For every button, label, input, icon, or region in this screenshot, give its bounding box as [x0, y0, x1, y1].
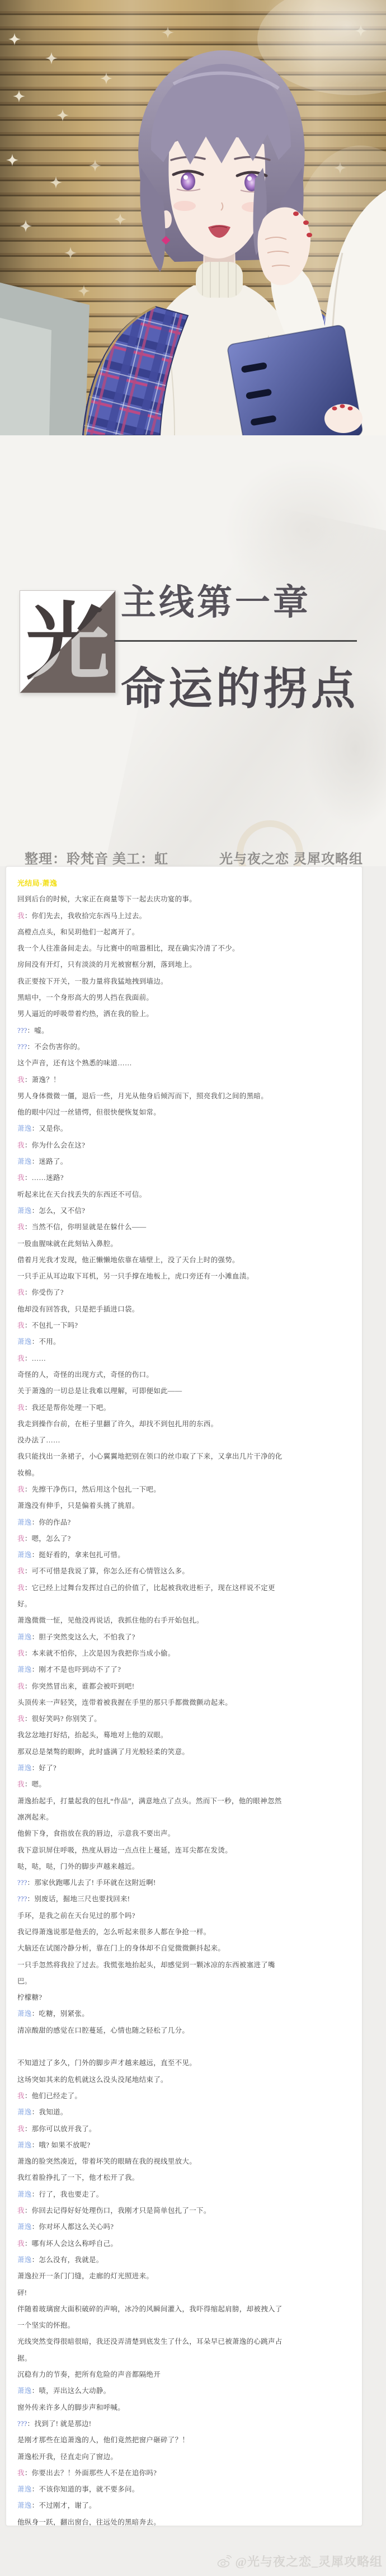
dialogue-line: 萧逸：不过刚才，谢了。: [17, 2498, 285, 2514]
speaker-name: ???: [17, 1879, 27, 1887]
speaker-name: 萧逸: [17, 1338, 32, 1346]
dialogue-line: 他却没有回答我，只是把手插进口袋。: [17, 1301, 285, 1318]
dialogue-line: ???：找到了! 就是那边!: [17, 2416, 285, 2432]
dialogue-line: ???：那家伙跑哪儿去了! 手环就在这附近啊!: [17, 1875, 285, 1891]
speaker-name: 我: [17, 1322, 25, 1329]
dialogue-line: 我：你突然冒出来，谁都会被吓到吧!: [17, 1679, 285, 1695]
dialogue-line: 萧逸没有伸手，只是偏着头挑了挑眉。: [17, 1498, 285, 1514]
dialogue-line: 我：不包扎一下吗?: [17, 1318, 285, 1334]
chapter-heading: 主线第一章: [121, 574, 311, 625]
speaker-name: 萧逸: [17, 2387, 32, 2395]
dialogue-line: 萧逸：挺好看的，拿来包扎可惜。: [17, 1547, 285, 1563]
dialogue-line: 我：你要出去？！外面那些人不是在追你吗?: [17, 2465, 285, 2481]
dialogue-line: 柠檬糖?: [17, 1990, 285, 2006]
dialogue-line: 是刚才那些在追萧逸的人，他们竟然把窗户砸碎了？！: [17, 2432, 285, 2448]
dialogue-line: 我红着脸挣扎了一下，他才松开了我。: [17, 2170, 285, 2186]
dialogue-line: [17, 2039, 285, 2055]
dialogue-line: 我：哪有坏人会这么称呼自己。: [17, 2236, 285, 2252]
weibo-icon: [216, 2555, 232, 2568]
dialogue-line: 我忿忿地打好结，抬起头，蓦地对上他的双眼。: [17, 1727, 285, 1743]
credits-editors: 整理：聆梵音 美工：虹: [25, 848, 168, 866]
dialogue-line: 他的眼中闪过一丝错愕，但很快便恢复如常。: [17, 1104, 285, 1121]
dialogue-line: ???：别废话，掘地三尺也要找回来!: [17, 1891, 285, 1907]
dialogue-line: 萧逸的脸突然凑近，带着坏笑的眼睛在我的视线里放大。: [17, 2154, 285, 2170]
speaker-name: 萧逸: [17, 2010, 32, 2018]
dialogue-line: 萧逸：又是你。: [17, 1121, 285, 1137]
dialogue-line: 萧逸微微一怔，见他没再说话，我抓住他的右手开始包扎。: [17, 1613, 285, 1629]
transcript: 光结局-萧逸 回到后台的时候，大家正在商量等下一起去庆功宴的事。我：你们先去，我…: [6, 867, 362, 2526]
speaker-name: 萧逸: [17, 1158, 32, 1165]
dialogue-line: 萧逸：不用。: [17, 1334, 285, 1350]
speaker-name: ???: [17, 2420, 27, 2428]
dialogue-line: 光线突然变得很暗很暗，我还没弄清楚到底发生了什么，耳朵早已被萧逸的心跳声占据。: [17, 2334, 285, 2367]
dialogue-line: 萧逸松开我，径直走向了窗边。: [17, 2449, 285, 2465]
speaker-name: 我: [17, 1223, 25, 1231]
dialogue-line: 回到后台的时候，大家正在商量等下一起去庆功宴的事。: [17, 891, 285, 908]
dialogue-line: 萧逸：不该你知道的事，就不要多问。: [17, 2481, 285, 2498]
dialogue-line: 萧逸：吃糖，别紧张。: [17, 2006, 285, 2022]
speaker-name: 我: [17, 1715, 25, 1723]
dialogue-line: 萧逸：你的作品?: [17, 1515, 285, 1531]
dialogue-line: 萧逸：迷路了。: [17, 1154, 285, 1170]
dialogue-line: 萧逸：怎么，又不信?: [17, 1203, 285, 1219]
speaker-name: 萧逸: [17, 2223, 32, 2231]
dialogue-line: 手环，是我之前在天台见过的那个吗?: [17, 1908, 285, 1924]
dialogue-line: 萧逸：怎么没有，我就是。: [17, 2252, 285, 2268]
dialogue-line: 萧逸抬起手，打量起我的包扎“作品”，满意地点了点头。然而下一秒，他的眼神忽然凛冽…: [17, 1793, 285, 1826]
dialogue-line: 高橙点点头，和吴玥他们一起离开了。: [17, 924, 285, 941]
speaker-name: 我: [17, 1141, 25, 1149]
speaker-name: 萧逸: [17, 1764, 32, 1772]
dialogue-line: 他纵身一跃，翻出窗台，往远处的黑暗奔去。: [17, 2514, 285, 2526]
transcript-card: 光结局-萧逸 回到后台的时候，大家正在商量等下一起去庆功宴的事。我：你们先去，我…: [6, 866, 363, 2526]
dialogue-line: 我：嗯，怎么了?: [17, 1531, 285, 1547]
speaker-name: 萧逸: [17, 2190, 32, 2198]
dialogue-line: 没办法了……: [17, 1432, 285, 1449]
dialogue-line: 我：很好笑吗? 你别笑了。: [17, 1711, 285, 1727]
dialogue-line: 一只手正从耳边取下耳机，另一只手撑在地板上，虎口旁还有一小滩血渍。: [17, 1268, 285, 1285]
speaker-name: 我: [17, 1174, 25, 1182]
speaker-name: 我: [17, 2092, 25, 2100]
dialogue-line: 大脑还在试图冷静分析，靠在门上的身体却不自觉微微颤抖起来。: [17, 1940, 285, 1957]
dialogue-line: 我只能找出一条裙子，小心翼翼地把别在领口的丝巾取了下来，又拿出几片干净的化妆棉。: [17, 1449, 285, 1482]
character-portrait-art: [0, 0, 386, 435]
dialogue-line: 我：那你可以放开我了。: [17, 2121, 285, 2137]
dialogue-line: 我正要按下开关，一股力量将我猛地拽到墙边。: [17, 974, 285, 990]
speaker-name: 萧逸: [17, 2256, 32, 2264]
dialogue-line: 我：本来就不怕你，上次是因为我把你当成小偷。: [17, 1646, 285, 1662]
dialogue-line: 我：我还是帮你处理一下吧。: [17, 1400, 285, 1416]
speaker-name: 我: [17, 1355, 25, 1362]
dialogue-line: 男人身体微微一僵，退后一些，月光从他身后倾泻而下，照亮我们之间的黑暗。: [17, 1088, 285, 1104]
dialogue-line: ???：嘘。: [17, 1023, 285, 1039]
dialogue-line: 奇怪的人，奇怪的出现方式，奇怪的伤口。: [17, 1367, 285, 1383]
dialogue-line: 萧逸：你对坏人都这么关心吗?: [17, 2219, 285, 2235]
dialogue-line: 沉稳有力的节奏，把所有危险的声音都隔绝开: [17, 2367, 285, 2383]
page: 光 光 主线第一章 命运的拐点 整理：聆梵音 美工：虹 光与夜之恋 灵犀攻略组 …: [0, 0, 386, 2576]
dialogue-line: 萧逸：哦? 如果不放呢?: [17, 2137, 285, 2154]
speaker-name: 我: [17, 1076, 25, 1084]
speaker-name: 萧逸: [17, 2485, 32, 2493]
dialogue-line: 我：嗯。: [17, 1776, 285, 1793]
speaker-name: 我: [17, 2125, 25, 2133]
chapter-logo-box: 光 光: [20, 590, 116, 693]
dialogue-line: 不知道过了多久，门外的脚步声才越来越远，直至不见。: [17, 2055, 285, 2071]
speaker-name: 萧逸: [17, 2108, 32, 2116]
speaker-name: ???: [17, 1895, 27, 1903]
dialogue-line: 我：你受伤了?: [17, 1285, 285, 1301]
dialogue-line: 我：你回去记得好好处理伤口，我刚才只是简单包扎了一下。: [17, 2203, 285, 2219]
dialogue-line: 萧逸：啧，弄出这么大动静。: [17, 2383, 285, 2399]
dialogue-line: 萧逸：好了?: [17, 1760, 285, 1776]
speaker-name: 我: [17, 2207, 25, 2215]
watermark-text: @光与夜之恋_灵犀攻略组: [236, 2553, 383, 2570]
dialogue-line: 男人逼近的呼吸带着灼热，洒在我的脸上。: [17, 1006, 285, 1022]
dialogue-line: 黑暗中，一个身形高大的男人挡在我面前。: [17, 990, 285, 1006]
speaker-name: 我: [17, 1404, 25, 1412]
dialogue-line: 头顶传来一声轻笑，连带着被我握在手里的那只手都微微颤动起来。: [17, 1695, 285, 1711]
watermark: @光与夜之恋_灵犀攻略组: [216, 2553, 383, 2570]
speaker-name: 我: [17, 912, 25, 920]
speaker-name: 萧逸: [17, 1125, 32, 1132]
speaker-name: 萧逸: [17, 1551, 32, 1559]
dialogue-line: 关于萧逸的一切总是让我难以理解，可即便如此——: [17, 1383, 285, 1399]
dialogue-line: 我一个人往准备间走去。与比赛中的喧嚣相比，现在确实冷清了不少。: [17, 941, 285, 957]
dialogue-line: 萧逸拉开一条门门缝，走廊的灯光照进来。: [17, 2268, 285, 2284]
dialogue-line: 借着月光我才发现，他正懒懒地依靠在墙壁上，没了天台上时的强势。: [17, 1252, 285, 1268]
dialogue-line: 窗外传来许多人的脚步声和呼喊。: [17, 2400, 285, 2416]
dialogue-line: 他俯下身，食指放在我的唇边，示意我不要出声。: [17, 1826, 285, 1842]
dialogue-line: 一只手忽然将我拉了过去。我慌张地抬起头，却感觉到一颗冰凉的东西被塞进了嘴巴。: [17, 1957, 285, 1990]
dialogue-line: 伴随着玻璃窗大面积破碎的声响，冰冷的风瞬间灌入，我吓得缩起肩膀，却被拽入了一个坚…: [17, 2301, 285, 2334]
speaker-name: 我: [17, 2469, 25, 2477]
chapter-title: 命运的拐点: [121, 653, 359, 717]
credits-group-name: 光与夜之恋 灵犀攻略组: [219, 848, 363, 866]
dialogue-line: 清凉酸甜的感觉在口腔蔓延，心情也随之轻松了几分。: [17, 2023, 285, 2039]
speaker-name: 我: [17, 2240, 25, 2248]
speaker-name: 我: [17, 1780, 25, 1788]
dialogue-line: 我：当然不信，你明显就是在躲什么——: [17, 1219, 285, 1235]
dialogue-line: 听起来比在天台找丢失的东西还不可信。: [17, 1187, 285, 1203]
speaker-name: 萧逸: [17, 1633, 32, 1641]
dialogue-line: 房间没有开灯，只有淡淡的月光被窗框分割，落到地上。: [17, 957, 285, 973]
dialogue-line: ???：不会伤害你的。: [17, 1039, 285, 1055]
dialogue-line: 我：可不可惜是我说了算，你怎么还有心情管这么多。: [17, 1563, 285, 1580]
speaker-name: 我: [17, 1649, 25, 1657]
speaker-name: 萧逸: [17, 2141, 32, 2149]
speaker-name: 我: [17, 1535, 25, 1543]
dialogue-line: 我下意识屏住呼吸，热度从唇边一点点往上蔓延，连耳尖都在发烫。: [17, 1842, 285, 1859]
dialogue-line: 我：……: [17, 1351, 285, 1367]
dialogue-line: 萧逸：行了，我也要走了。: [17, 2187, 285, 2203]
speaker-name: 萧逸: [17, 1666, 32, 1674]
speaker-name: 我: [17, 1584, 25, 1592]
speaker-name: 萧逸: [17, 1207, 32, 1215]
speaker-name: 萧逸: [17, 2502, 32, 2509]
speaker-name: ???: [17, 1043, 27, 1051]
dialogue-line: 我：……迷路?: [17, 1170, 285, 1186]
dialogue-line: 我记得萧逸说那是他丢的，怎么听起来很多人都在争抢一样。: [17, 1924, 285, 1940]
speaker-name: 我: [17, 1289, 25, 1296]
speaker-name: ???: [17, 1027, 27, 1035]
speaker-name: 我: [17, 1567, 25, 1575]
dialogue-line: 我：你们先去，我收拾完东西马上过去。: [17, 908, 285, 924]
title-divider-line: [114, 640, 357, 642]
dialogue-line: 萧逸：我知道。: [17, 2104, 285, 2121]
character-illustration: [0, 0, 386, 435]
dialogue-line: 一股血腥味就在此刻钻入鼻腔。: [17, 1236, 285, 1252]
dialogue-line: 我：萧逸？！: [17, 1072, 285, 1088]
dialogue-line: 萧逸：胆子突然变这么大，不怕我了?: [17, 1629, 285, 1646]
dialogue-line: 我：你为什么会在这?: [17, 1137, 285, 1154]
dialogue-line: 我走到操作台前，在柜子里翻了许久，却找不到包扎用的东西。: [17, 1416, 285, 1432]
dialogue-line: 这个声音，还有这个熟悉的味道……: [17, 1055, 285, 1071]
dialogue-line: 我：先擦干净伤口，然后用这个包扎一下吧。: [17, 1482, 285, 1498]
dialogue-line: 我：它已经上过舞台发挥过自己的价值了，比起被我收进柜子，现在这样说不定更好。: [17, 1580, 285, 1613]
dialogue-line: 哒，哒，哒，门外的脚步声越来越近。: [17, 1859, 285, 1875]
speaker-name: 我: [17, 1486, 25, 1493]
dialogue-line: 萧逸：刚才不是也吓到动不了了?: [17, 1662, 285, 1678]
title-section: 光 光 主线第一章 命运的拐点 整理：聆梵音 美工：虹 光与夜之恋 灵犀攻略组: [0, 435, 386, 866]
dialogue-line: 我：他们已经走了。: [17, 2088, 285, 2104]
dialogue-line: 那双总是桀骜的眼眸，此时盛满了月光般轻柔的笑意。: [17, 1744, 285, 1760]
speaker-name: 萧逸: [17, 1519, 32, 1526]
speaker-name: 我: [17, 1682, 25, 1690]
dialogue-line: 这场突如其来的危机就这么没头没尾地结束了。: [17, 2072, 285, 2088]
dialogue-line: 砰!: [17, 2285, 285, 2301]
ending-heading: 光结局-萧逸: [17, 875, 285, 891]
